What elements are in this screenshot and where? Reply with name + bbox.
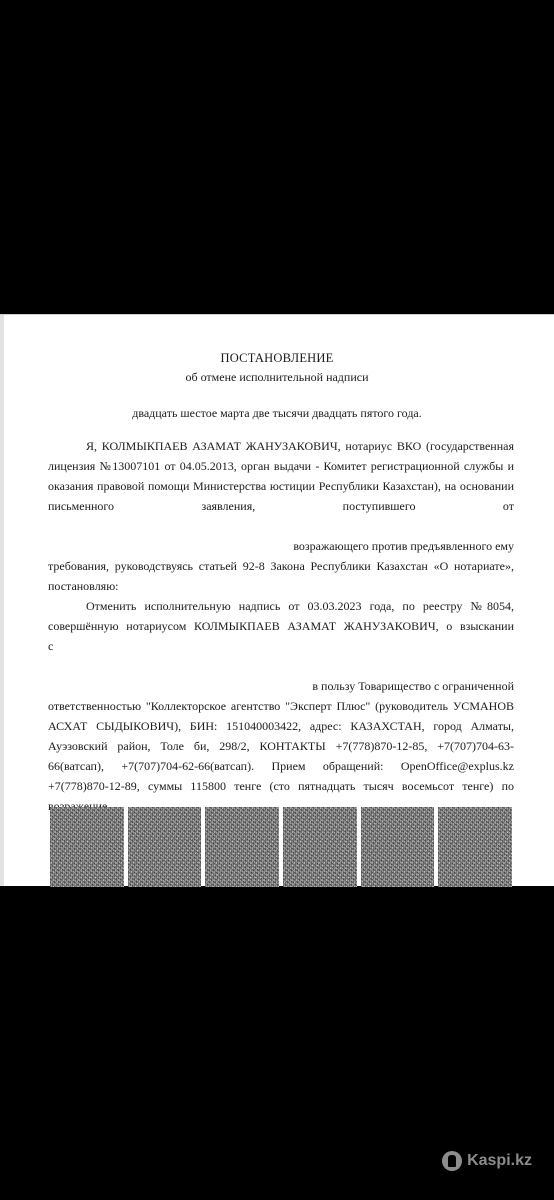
paragraph-beneficiary: в пользу Товарищество с ограниченной	[48, 676, 514, 696]
redacted-tile	[50, 807, 124, 887]
paragraph-cancel: Отменить исполнительную надпись от 03.03…	[48, 596, 514, 636]
paragraph-objection: возражающего против предъявленного ему	[48, 536, 514, 556]
page-edge	[0, 315, 4, 886]
redacted-tile	[438, 807, 512, 887]
redacted-tile	[205, 807, 279, 887]
kaspi-watermark: Kaspi.kz	[442, 1151, 532, 1171]
redacted-tile	[128, 807, 202, 887]
redacted-tile	[283, 807, 357, 887]
paragraph-from: с	[48, 636, 514, 656]
document-body: Я, КОЛМЫКПАЕВ АЗАМАТ ЖАНУЗАКОВИЧ, нотари…	[48, 436, 514, 816]
paragraph-details: ответственностью "Коллекторское агентств…	[48, 696, 514, 816]
document-date: двадцать шестое марта две тысячи двадцат…	[0, 406, 554, 421]
paragraph-resolution: требования, руководствуясь статьей 92-8 …	[48, 556, 514, 596]
watermark-text: Kaspi.kz	[467, 1152, 532, 1170]
redacted-area	[50, 807, 512, 887]
document-title: ПОСТАНОВЛЕНИЕ	[0, 351, 554, 366]
kaspi-logo-icon	[442, 1151, 462, 1171]
document-page: ПОСТАНОВЛЕНИЕ об отмене исполнительной н…	[0, 314, 554, 886]
document-subtitle: об отмене исполнительной надписи	[0, 370, 554, 385]
redacted-tile	[361, 807, 435, 887]
paragraph-notary: Я, КОЛМЫКПАЕВ АЗАМАТ ЖАНУЗАКОВИЧ, нотари…	[48, 436, 514, 516]
